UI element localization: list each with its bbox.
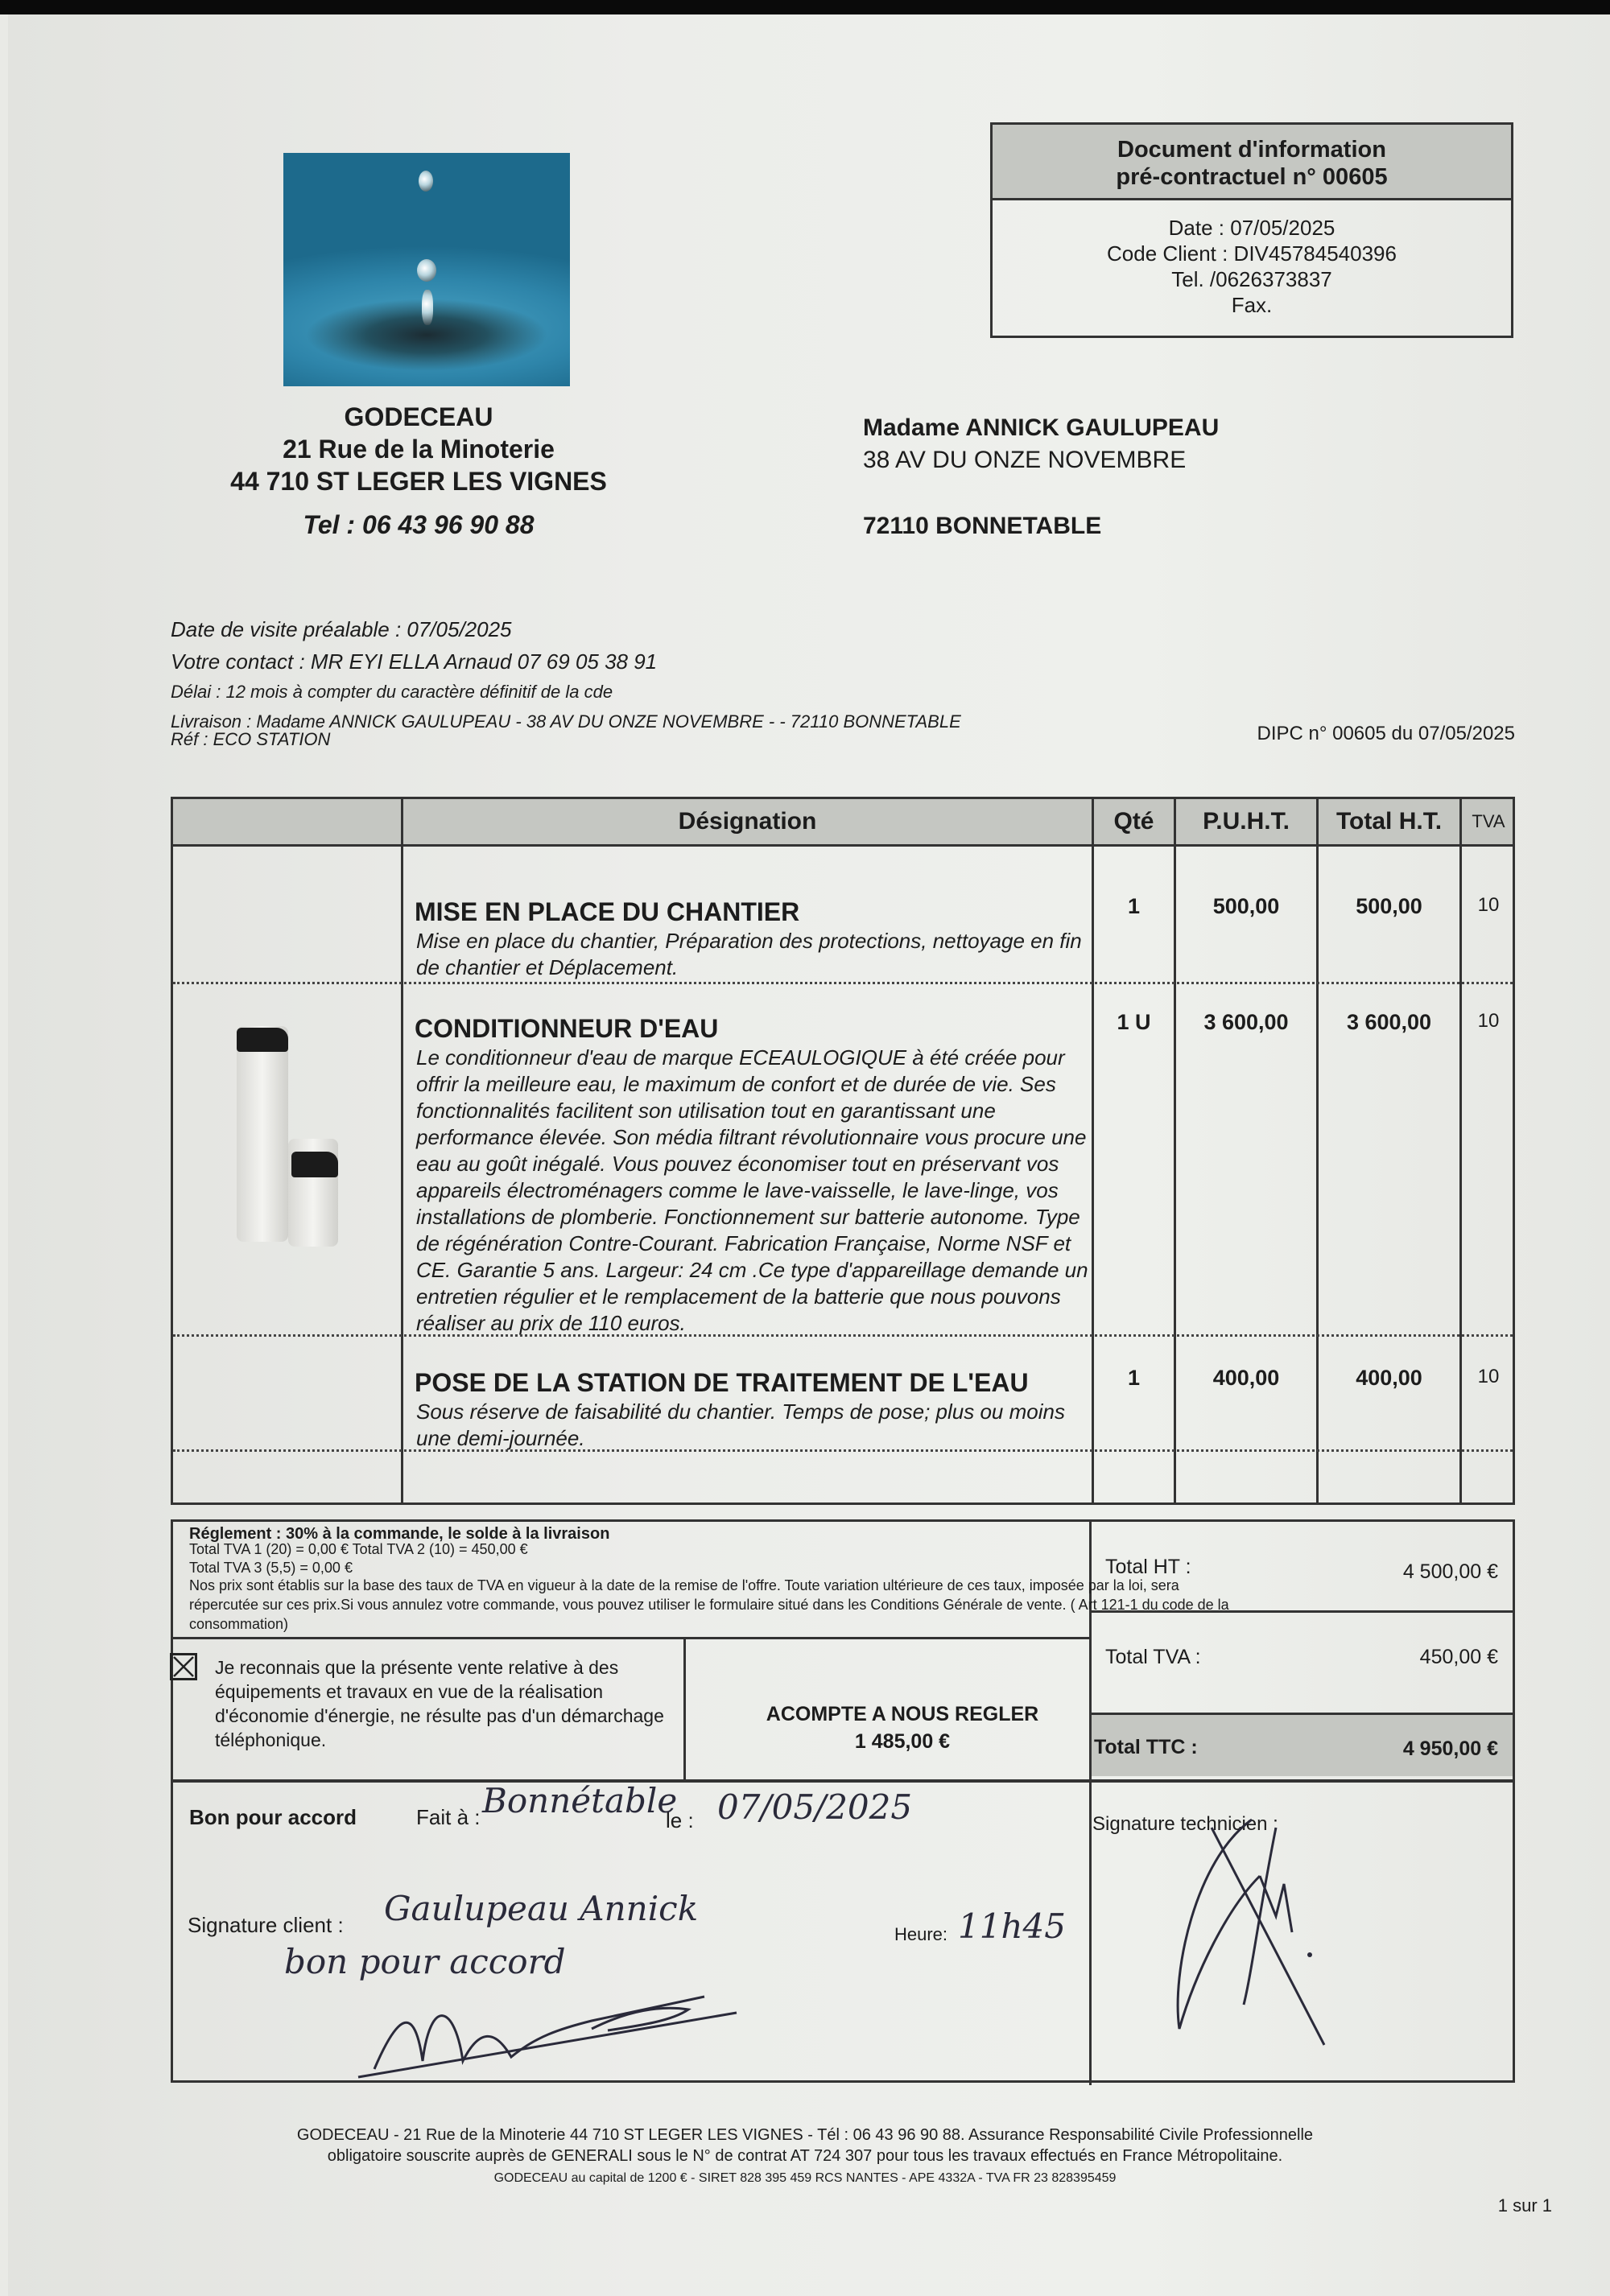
vat-breakdown-2: Total TVA 3 (5,5) = 0,00 € <box>189 1560 1236 1576</box>
client-handwritten-note: bon pour accord <box>284 1942 566 1981</box>
place-label: Fait à : <box>416 1805 480 1830</box>
date-label: le : <box>666 1808 694 1833</box>
payment-signature-section: Réglement : 30% à la commande, le solde … <box>171 1519 1515 2083</box>
client-fax: Fax. <box>993 292 1511 318</box>
legal-notice: Nos prix sont établis sur la base des ta… <box>189 1576 1236 1634</box>
time-value: 11h45 <box>958 1906 1066 1946</box>
total-tva-label: Total TVA : <box>1105 1646 1201 1669</box>
place-value: Bonnétable <box>482 1781 677 1820</box>
company-street: 21 Rue de la Minoterie <box>201 433 636 465</box>
deposit-label: ACOMPTE A NOUS REGLER <box>685 1700 1120 1728</box>
row-divider <box>173 1449 1513 1452</box>
item-unit-price: 400,00 <box>1176 1366 1316 1391</box>
item-qty: 1 U <box>1094 1010 1174 1035</box>
client-code: Code Client : DIV45784540396 <box>993 241 1511 266</box>
footer-line3: GODECEAU au capital de 1200 € - SIRET 82… <box>209 2166 1401 2191</box>
acknowledgement-text: Je reconnais que la présente vente relat… <box>215 1655 666 1752</box>
drop-icon <box>419 171 433 192</box>
header-unit-price: P.U.H.T. <box>1176 799 1316 844</box>
item-total: 3 600,00 <box>1319 1010 1459 1035</box>
client-city: 72110 BONNETABLE <box>863 510 1219 542</box>
client-tel: Tel. /0626373837 <box>993 266 1511 292</box>
company-city: 44 710 ST LEGER LES VIGNES <box>201 465 636 497</box>
item-vat: 10 <box>1462 894 1515 917</box>
agreement-label: Bon pour accord <box>189 1805 357 1830</box>
dipc-reference: DIPC n° 00605 du 07/05/2025 <box>1257 723 1515 745</box>
payment-terms: Réglement : 30% à la commande, le solde … <box>189 1527 1236 1634</box>
row-divider <box>173 982 1513 984</box>
client-signature-label: Signature client : <box>188 1913 344 1938</box>
header-total: Total H.T. <box>1319 799 1459 844</box>
water-conditioner-image <box>225 1010 346 1251</box>
item-total: 500,00 <box>1319 894 1459 919</box>
item-title: MISE EN PLACE DU CHANTIER <box>415 897 799 927</box>
total-ht-label: Total HT : <box>1105 1556 1191 1579</box>
contact: Votre contact : MR EYI ELLA Arnaud 07 69… <box>171 645 961 678</box>
client-name: Madame ANNICK GAULUPEAU <box>863 412 1219 444</box>
visit-date: Date de visite préalable : 07/05/2025 <box>171 613 961 645</box>
item-description: Mise en place du chantier, Préparation d… <box>416 928 1092 981</box>
time-label: Heure: <box>894 1924 947 1945</box>
deposit-value: 1 485,00 € <box>685 1728 1120 1755</box>
header-vat: TVA <box>1462 799 1515 844</box>
total-ht-value: 4 500,00 € <box>1403 1560 1498 1584</box>
client-handwritten-name: Gaulupeau Annick <box>384 1889 698 1928</box>
total-ttc-label: Total TTC : <box>1094 1736 1198 1759</box>
document-title-line2: pré-contractuel n° 00605 <box>993 163 1511 191</box>
total-ttc-value: 4 950,00 € <box>1403 1737 1498 1761</box>
row-divider <box>173 1334 1513 1337</box>
date-value: 07/05/2025 <box>717 1787 912 1827</box>
footer: GODECEAU - 21 Rue de la Minoterie 44 710… <box>209 2125 1401 2191</box>
company-phone: Tel : 06 43 96 90 88 <box>201 509 636 541</box>
items-table: Désignation Qté P.U.H.T. Total H.T. TVA … <box>171 797 1515 1505</box>
company-info: GODECEAU 21 Rue de la Minoterie 44 710 S… <box>201 401 636 541</box>
payment-terms-title: Réglement : 30% à la commande, le solde … <box>189 1527 1236 1542</box>
visit-meta: Date de visite préalable : 07/05/2025 Vo… <box>171 613 961 748</box>
top-dark-border <box>0 0 1610 14</box>
client-signature-scribble-icon <box>350 1981 769 2085</box>
drop-icon <box>417 259 436 282</box>
footer-line2: obligatoire souscrite auprès de GENERALI… <box>209 2146 1401 2166</box>
total-tva-value: 450,00 € <box>1420 1646 1498 1669</box>
acknowledgement-checkbox[interactable] <box>170 1653 197 1680</box>
item-unit-price: 3 600,00 <box>1176 1010 1316 1035</box>
item-title: POSE DE LA STATION DE TRAITEMENT DE L'EA… <box>415 1368 1029 1398</box>
vat-breakdown-1: Total TVA 1 (20) = 0,00 € Total TVA 2 (1… <box>189 1542 1236 1557</box>
technician-signature-scribble-icon <box>1163 1812 1356 2053</box>
delivery: Livraison : Madame ANNICK GAULUPEAU - 38… <box>171 713 961 731</box>
document-info-box: Document d'information pré-contractuel n… <box>990 122 1513 338</box>
item-unit-price: 500,00 <box>1176 894 1316 919</box>
item-qty: 1 <box>1094 894 1174 919</box>
client-address: Madame ANNICK GAULUPEAU 38 AV DU ONZE NO… <box>863 412 1219 542</box>
document-title: Document d'information pré-contractuel n… <box>993 125 1511 200</box>
item-total: 400,00 <box>1319 1366 1459 1391</box>
item-vat: 10 <box>1462 1010 1515 1033</box>
reference: Réf : ECO STATION <box>171 731 961 748</box>
footer-line1: GODECEAU - 21 Rue de la Minoterie 44 710… <box>209 2125 1401 2146</box>
client-street: 38 AV DU ONZE NOVEMBRE <box>863 444 1219 476</box>
company-name: GODECEAU <box>201 401 636 433</box>
water-drop-logo <box>283 153 570 386</box>
document-title-line1: Document d'information <box>993 136 1511 163</box>
x-mark-icon <box>172 1655 195 1678</box>
page-number: 1 sur 1 <box>1498 2195 1552 2216</box>
splash-column-icon <box>422 290 433 325</box>
header-designation: Désignation <box>403 799 1092 844</box>
deposit-box: ACOMPTE A NOUS REGLER 1 485,00 € <box>685 1700 1120 1755</box>
item-description: Sous réserve de faisabilité du chantier.… <box>416 1399 1092 1452</box>
delay: Délai : 12 mois à compter du caractère d… <box>171 678 961 707</box>
item-description: Le conditionneur d'eau de marque ECEAULO… <box>416 1045 1092 1337</box>
item-title: CONDITIONNEUR D'EAU <box>415 1014 718 1044</box>
item-qty: 1 <box>1094 1366 1174 1391</box>
item-vat: 10 <box>1462 1366 1515 1388</box>
document-date: Date : 07/05/2025 <box>993 215 1511 241</box>
header-qty: Qté <box>1094 799 1174 844</box>
